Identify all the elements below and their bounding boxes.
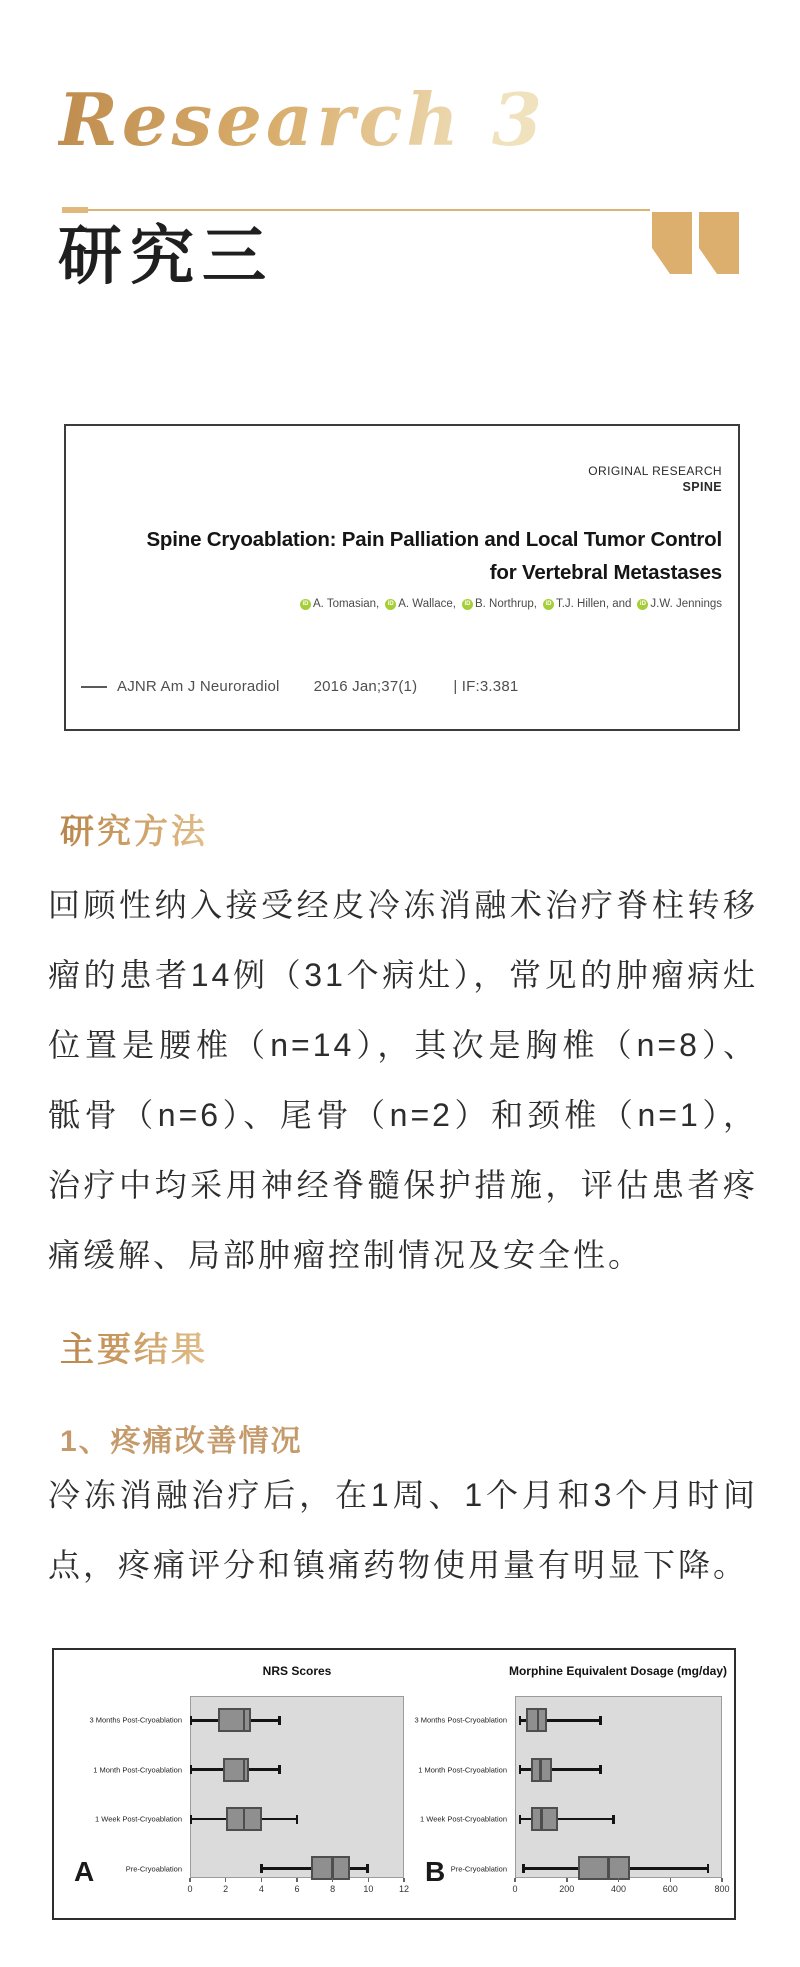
box — [531, 1758, 552, 1782]
tick-mark — [514, 1878, 516, 1882]
author-name: J.W. Jennings — [650, 598, 722, 610]
gold-divider-line — [62, 209, 650, 211]
paper-title: Spine Cryoablation: Pain Palliation and … — [102, 524, 722, 590]
morphine-dosage-panel: Morphine Equivalent Dosage (mg/day) 3 Mo… — [54, 1650, 734, 1918]
median-line — [537, 1708, 540, 1732]
methods-paragraph: 回顾性纳入接受经皮冷冻消融术治疗脊柱转移瘤的患者14例（31个病灶），常见的肿瘤… — [48, 870, 758, 1290]
impact-factor: | IF:3.381 — [453, 678, 518, 695]
citation-row: AJNR Am J Neuroradiol 2016 Jan;37(1) | I… — [81, 678, 721, 695]
tick-mark — [670, 1878, 672, 1882]
category-label: 1 Month Post-Cryoablation — [418, 1765, 507, 1774]
author: iDA. Wallace, — [385, 598, 456, 610]
orcid-icon: iD — [543, 599, 554, 610]
citation-dash-icon — [81, 686, 107, 688]
paper-citation-card: ORIGINAL RESEARCH SPINE Spine Cryoablati… — [64, 424, 740, 731]
author: iDJ.W. Jennings — [637, 598, 722, 610]
whisker-cap — [519, 1815, 522, 1824]
x-tick-label: 400 — [611, 1884, 626, 1894]
whisker-cap — [599, 1716, 602, 1725]
orcid-icon: iD — [637, 599, 648, 610]
x-tick-label: 200 — [559, 1884, 574, 1894]
tick-mark — [618, 1878, 620, 1882]
orcid-icon: iD — [462, 599, 473, 610]
quote-comma-right — [699, 212, 739, 274]
paper-title-line2: for Vertebral Metastases — [490, 561, 722, 584]
author: iDB. Northrup, — [462, 598, 537, 610]
x-axis: 0200400600800 — [515, 1880, 722, 1896]
median-line — [539, 1758, 542, 1782]
whisker-cap — [519, 1765, 522, 1774]
tick-mark — [721, 1878, 723, 1882]
tick-mark — [566, 1878, 568, 1882]
x-tick-label: 800 — [714, 1884, 729, 1894]
category-label: 1 Week Post-Cryoablation — [420, 1815, 507, 1824]
english-script-title: Research 3 — [58, 84, 546, 156]
article-page: Research 3 研究三 ORIGINAL RESEARCH SPINE S… — [0, 0, 800, 1967]
chart-title: Morphine Equivalent Dosage (mg/day) — [509, 1664, 727, 1678]
publication-date: 2016 Jan;37(1) — [314, 678, 418, 695]
authors-line: iDA. Tomasian,iDA. Wallace,iDB. Northrup… — [82, 598, 722, 610]
whisker-cap — [707, 1864, 710, 1873]
panel-letter: B — [425, 1858, 445, 1886]
box — [578, 1856, 631, 1880]
paper-category-label: ORIGINAL RESEARCH — [588, 464, 722, 478]
whisker-cap — [519, 1716, 522, 1725]
paper-head: ORIGINAL RESEARCH SPINE — [588, 464, 722, 494]
paper-section-label: SPINE — [588, 480, 722, 494]
gold-divider-cap — [62, 207, 88, 213]
author: iDA. Tomasian, — [300, 598, 379, 610]
author: iDT.J. Hillen, and — [543, 598, 631, 610]
paper-title-line1: Spine Cryoablation: Pain Palliation and … — [146, 528, 722, 551]
author-name: T.J. Hillen, and — [556, 598, 631, 610]
plot-area — [515, 1696, 722, 1878]
results-heading: 主要结果 — [60, 1330, 208, 1371]
figure-boxplots: NRS Scores 3 Months Post-Cryoablation1 M… — [52, 1648, 736, 1920]
whisker-cap — [522, 1864, 525, 1873]
category-label: Pre-Cryoablation — [451, 1865, 507, 1874]
orcid-icon: iD — [385, 599, 396, 610]
x-tick-label: 0 — [512, 1884, 517, 1894]
author-name: A. Tomasian, — [313, 598, 379, 610]
quote-comma-left — [652, 212, 692, 274]
whisker-cap — [599, 1765, 602, 1774]
result1-paragraph: 冷冻消融治疗后，在1周、1个月和3个月时间点，疼痛评分和镇痛药物使用量有明显下降… — [48, 1460, 758, 1600]
x-tick-label: 600 — [663, 1884, 678, 1894]
page-title: 研究三 — [58, 220, 274, 294]
category-labels: 3 Months Post-Cryoablation1 Month Post-C… — [389, 1696, 511, 1878]
orcid-icon: iD — [300, 599, 311, 610]
journal-name: AJNR Am J Neuroradiol — [117, 678, 280, 695]
median-line — [607, 1856, 610, 1880]
box — [531, 1807, 558, 1831]
whisker-cap — [612, 1815, 615, 1824]
closing-quote-icon — [652, 212, 740, 274]
result1-subheading: 1、疼痛改善情况 — [60, 1416, 303, 1460]
methods-heading: 研究方法 — [60, 812, 208, 853]
author-name: A. Wallace, — [398, 598, 456, 610]
median-line — [540, 1807, 543, 1831]
author-name: B. Northrup, — [475, 598, 537, 610]
category-label: 3 Months Post-Cryoablation — [414, 1715, 507, 1724]
